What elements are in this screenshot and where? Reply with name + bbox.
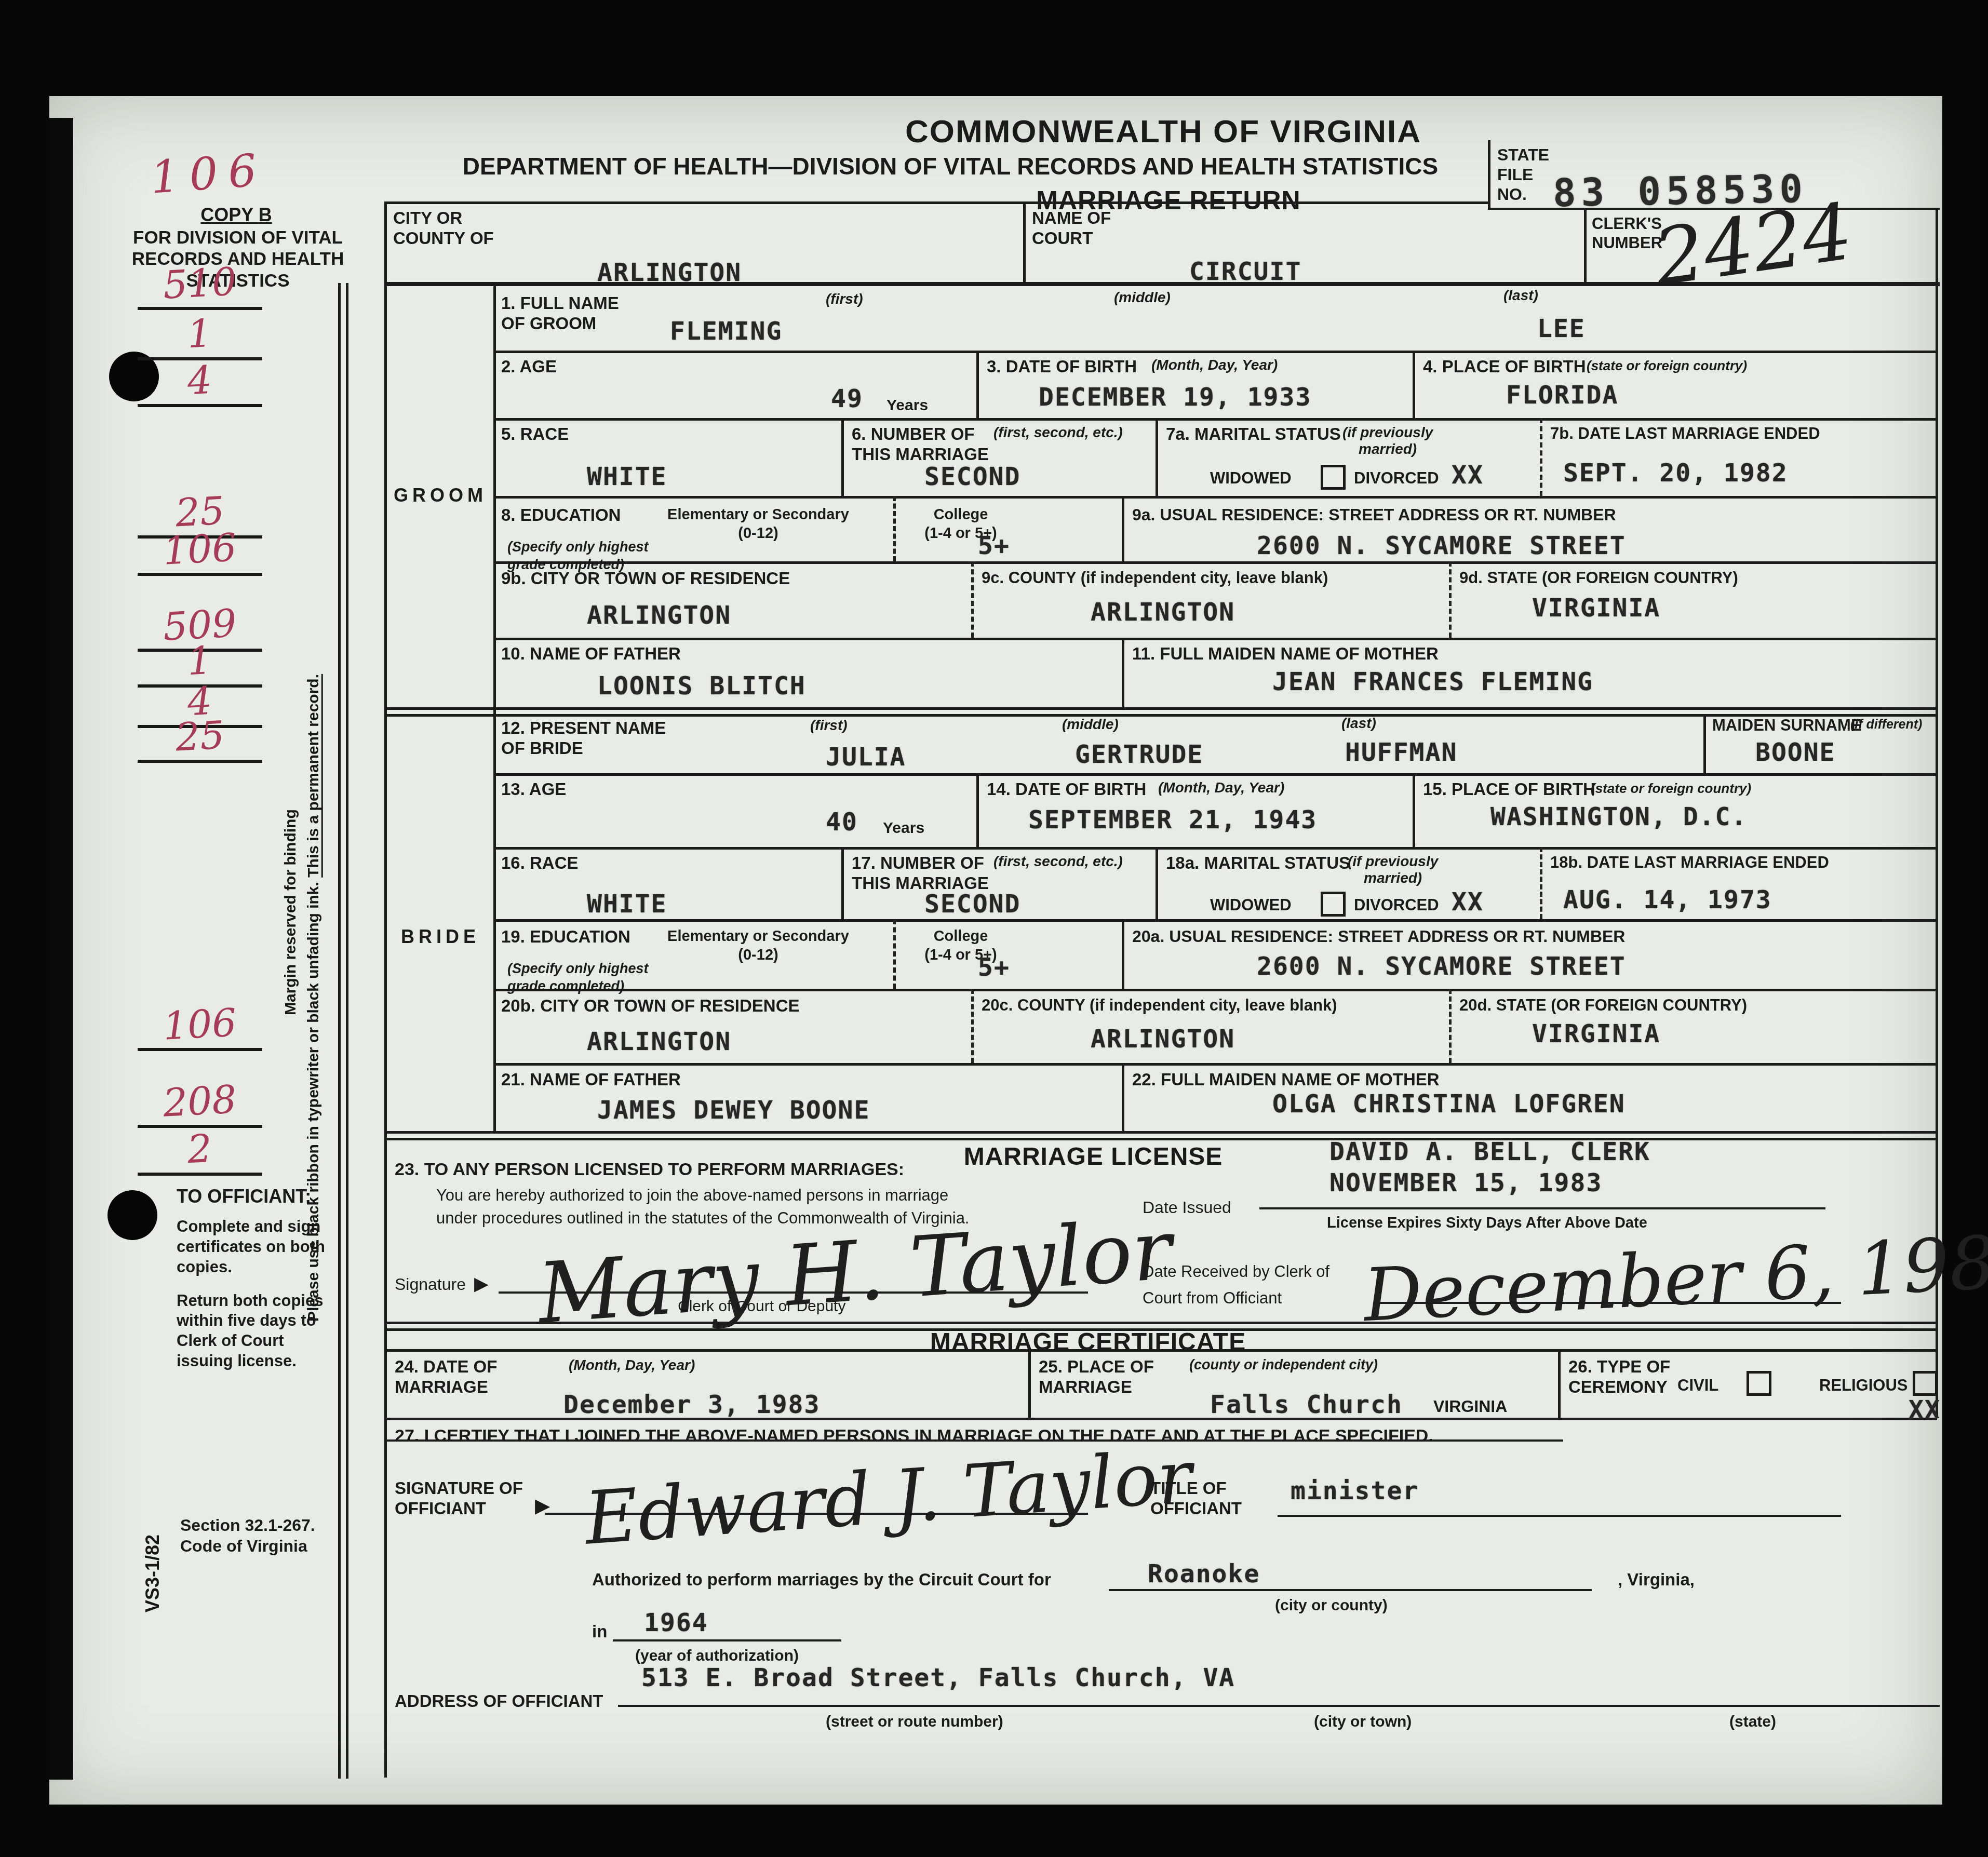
bride-education-value: 5+ (978, 953, 1010, 982)
officiant-signature-label: SIGNATURE OF OFFICIANT (395, 1478, 523, 1519)
groom-marital-status-hint: (if previously married) (1342, 424, 1433, 457)
bride-education-label: 19. EDUCATION (501, 927, 630, 947)
bride-age-value: 40 (826, 808, 858, 837)
years-label: Years (883, 819, 924, 837)
bride-maiden-name: BOONE (1755, 738, 1836, 767)
bride-marriage-number-label: 17. NUMBER OF THIS MARRIAGE (852, 853, 989, 894)
rule (1023, 201, 1026, 282)
state-hint: (state) (1729, 1712, 1776, 1732)
rule (1122, 1063, 1124, 1131)
date-received-label: Date Received by Clerk of Court from Off… (1143, 1258, 1329, 1311)
civil-label: CIVIL (1677, 1376, 1718, 1395)
bride-name-label: 12. PRESENT NAME OF BRIDE (501, 718, 666, 759)
first-hint: (first) (826, 291, 863, 307)
religious-label: RELIGIOUS (1819, 1376, 1908, 1395)
groom-residence-county-label: 9c. COUNTY (if independent city, leave b… (982, 569, 1328, 588)
rule (613, 1639, 841, 1641)
date-received-value: December 6, 1983 (1362, 1218, 1988, 1338)
bride-marital-status-label: 18a. MARITAL STATUS (1166, 853, 1350, 873)
rule (618, 1705, 1940, 1707)
rule (1259, 1207, 1825, 1209)
groom-marital-status-label: 7a. MARITAL STATUS (1166, 424, 1341, 445)
groom-pob-label: 4. PLACE OF BIRTH (1423, 357, 1586, 377)
groom-residence-state-label: 9d. STATE (OR FOREIGN COUNTRY) (1459, 569, 1738, 588)
rule (1413, 351, 1415, 418)
license-to-any-person: 23. TO ANY PERSON LICENSED TO PERFORM MA… (395, 1159, 904, 1180)
civil-checkbox (1747, 1371, 1771, 1396)
year-hint: (year of authorization) (635, 1646, 799, 1666)
bride-pob-hint: (state or foreign country) (1591, 781, 1751, 797)
bride-last-marriage-ended-label: 18b. DATE LAST MARRIAGE ENDED (1550, 853, 1829, 872)
rule (384, 201, 387, 1778)
city-hint: (city or town) (1314, 1712, 1412, 1732)
rule (493, 561, 1937, 564)
margin-number: 25 (138, 714, 262, 763)
first-hint: (first) (810, 717, 848, 734)
bride-race-label: 16. RACE (501, 853, 579, 873)
middle-hint: (middle) (1114, 289, 1171, 306)
margin-number: 106 (138, 1002, 262, 1051)
cert-date-value: December 3, 1983 (563, 1390, 820, 1419)
bride-dob-label: 14. DATE OF BIRTH (987, 779, 1146, 800)
rule (893, 496, 896, 561)
rule (338, 283, 341, 1779)
signature-label: Signature (395, 1275, 466, 1295)
groom-father-label: 10. NAME OF FATHER (501, 644, 681, 664)
rule (1379, 1302, 1841, 1304)
clerk-of-court-label: Clerk of Court or Deputy (678, 1297, 845, 1316)
rule (493, 496, 1937, 499)
widowed-checkbox (1321, 892, 1346, 917)
rule (1122, 638, 1124, 707)
punch-hole-bottom (108, 1190, 157, 1240)
rule (1109, 1589, 1592, 1591)
city-county-hint: (city or county) (1275, 1596, 1388, 1616)
margin-number: 510 (138, 261, 262, 310)
bride-residence-state-label: 20d. STATE (OR FOREIGN COUNTRY) (1459, 996, 1747, 1015)
bride-section-label: BRIDE (391, 926, 490, 948)
groom-dob-hint: (Month, Day, Year) (1151, 357, 1278, 373)
rule (493, 847, 1937, 850)
rule (493, 919, 1937, 922)
bride-residence-city-value: ARLINGTON (587, 1027, 731, 1056)
rule (971, 561, 974, 638)
groom-residence-city-label: 9b. CITY OR TOWN OF RESIDENCE (501, 569, 790, 589)
officiant-title-value: minister (1291, 1476, 1419, 1505)
rule (499, 1291, 1088, 1294)
last-hint: (last) (1341, 715, 1376, 732)
groom-residence-value: 2600 N. SYCAMORE STREET (1257, 531, 1626, 560)
authorized-place-value: Roanoke (1148, 1559, 1260, 1589)
marriage-return-document: 106 COPY B FOR DIVISION OF VITAL RECORDS… (49, 96, 1942, 1805)
bride-last-marriage-ended-value: AUG. 14, 1973 (1563, 885, 1772, 914)
rule (1584, 208, 1587, 282)
rule (346, 283, 348, 1779)
bride-residence-value: 2600 N. SYCAMORE STREET (1257, 952, 1626, 981)
middle-hint: (middle) (1062, 716, 1119, 733)
year-of-authorization-value: 1964 (644, 1608, 708, 1637)
bride-age-label: 13. AGE (501, 779, 566, 800)
groom-last-marriage-ended-label: 7b. DATE LAST MARRIAGE ENDED (1550, 424, 1820, 443)
authorized-text: Authorized to perform marriages by the C… (592, 1570, 1051, 1590)
rule (1449, 561, 1452, 638)
margin-number: 208 (138, 1079, 262, 1128)
rule (493, 989, 1937, 991)
margin-number: 4 (138, 358, 262, 407)
form-code: VS3-1/82 (142, 1498, 164, 1612)
groom-first-name: FLEMING (670, 317, 782, 346)
rule (384, 201, 1488, 204)
bride-first-name: JULIA (826, 743, 906, 772)
groom-last-marriage-ended-value: SEPT. 20, 1982 (1563, 459, 1788, 488)
margin-number: 106 (138, 527, 262, 576)
cert-ceremony-label: 26. TYPE OF CEREMONY (1568, 1357, 1670, 1397)
groom-marriage-number-label: 6. NUMBER OF THIS MARRIAGE (852, 424, 989, 465)
groom-residence-city-value: ARLINGTON (587, 601, 731, 630)
last-hint: (last) (1503, 287, 1538, 304)
bride-father-label: 21. NAME OF FATHER (501, 1070, 681, 1090)
groom-race-value: WHITE (587, 462, 667, 491)
groom-divorced-mark: XX (1452, 461, 1484, 490)
groom-marriage-number-value: SECOND (924, 462, 1020, 491)
groom-age-label: 2. AGE (501, 357, 557, 377)
bride-pob-value: WASHINGTON, D.C. (1490, 802, 1747, 831)
binding-note-permanent: This is a permanent record. (305, 674, 322, 878)
education-note: (Specify only highest grade completed) (507, 960, 649, 995)
binding-note-ink-text: Please use black ribbon in typewriter or… (305, 878, 322, 1322)
rule (1703, 714, 1706, 773)
widowed-checkbox (1321, 465, 1346, 490)
groom-education-value: 5+ (978, 531, 1010, 560)
groom-residence-label: 9a. USUAL RESIDENCE: STREET ADDRESS OR R… (1132, 505, 1616, 525)
bride-race-value: WHITE (587, 890, 667, 919)
city-county-label: CITY OR COUNTY OF (393, 208, 494, 249)
cert-place-hint: (county or independent city) (1189, 1357, 1378, 1373)
bride-divorced-mark: XX (1452, 887, 1484, 917)
cert-certify-text: 27. I CERTIFY THAT I JOINED THE ABOVE-NA… (395, 1425, 1433, 1446)
department-title: DEPARTMENT OF HEALTH—DIVISION OF VITAL R… (415, 152, 1485, 180)
groom-marriage-number-hint: (first, second, etc.) (993, 424, 1123, 441)
binding-note-margin: Margin reserved for binding (282, 631, 300, 1015)
bride-residence-state-value: VIRGINIA (1532, 1019, 1660, 1048)
groom-race-label: 5. RACE (501, 424, 569, 445)
religious-checkbox (1913, 1371, 1938, 1396)
rule (1558, 1349, 1561, 1418)
groom-section-label: GROOM (391, 485, 490, 506)
rule (1413, 773, 1415, 847)
officiant-title-label: TITLE OF OFFICIANT (1150, 1478, 1242, 1519)
bride-father-value: JAMES DEWEY BOONE (597, 1096, 870, 1125)
cert-place-state: VIRGINIA (1433, 1397, 1507, 1417)
copy-label: COPY B (179, 204, 293, 226)
groom-age-value: 49 (831, 384, 863, 413)
bride-pob-label: 15. PLACE OF BIRTH (1423, 779, 1595, 800)
groom-pob-hint: (state or foreign country) (1587, 358, 1747, 374)
groom-dob-value: DECEMBER 19, 1933 (1039, 383, 1311, 412)
marriage-license-heading: MARRIAGE LICENSE (859, 1142, 1327, 1172)
rule (1028, 1349, 1031, 1418)
divorced-label: DIVORCED (1354, 896, 1439, 915)
street-hint: (street or route number) (826, 1712, 1003, 1732)
virginia-text: , Virginia, (1618, 1570, 1695, 1590)
rule (976, 351, 979, 418)
bride-residence-label: 20a. USUAL RESIDENCE: STREET ADDRESS OR … (1132, 927, 1625, 947)
groom-father-value: LOONIS BLITCH (597, 671, 806, 701)
officiant-address-label: ADDRESS OF OFFICIANT (395, 1691, 603, 1712)
rule (976, 773, 979, 847)
license-expires-note: License Expires Sixty Days After Above D… (1327, 1214, 1647, 1232)
religious-mark: XX (1909, 1395, 1941, 1424)
bride-marriage-number-value: SECOND (924, 890, 1020, 919)
screenshot: { "colors": {"paper":"#e8ebe6","ink":"#1… (0, 0, 1988, 1857)
rule (1122, 496, 1124, 561)
rule (493, 351, 1937, 353)
margin-number: 1 (138, 312, 262, 360)
margin-number: 2 (138, 1127, 262, 1176)
form-title: MARRIAGE RETURN (753, 185, 1584, 216)
license-date-issued-value: NOVEMBER 15, 1983 (1329, 1168, 1602, 1197)
binding-edge (49, 118, 73, 1780)
rule (1122, 919, 1124, 989)
cert-place-label: 25. PLACE OF MARRIAGE (1039, 1357, 1154, 1397)
code-reference: Section 32.1-267. Code of Virginia (180, 1515, 315, 1556)
cert-date-hint: (Month, Day, Year) (569, 1357, 695, 1374)
groom-residence-state-value: VIRGINIA (1532, 594, 1660, 623)
rule (493, 282, 496, 1131)
bride-dob-value: SEPTEMBER 21, 1943 (1028, 805, 1317, 835)
in-label: in (592, 1622, 607, 1642)
section-divider (384, 1131, 1937, 1140)
page-title: COMMONWEALTH OF VIRGINIA (748, 113, 1579, 151)
groom-pob-value: FLORIDA (1506, 381, 1618, 410)
rule (971, 989, 974, 1063)
bride-mother-value: OLGA CHRISTINA LOFGREN (1272, 1089, 1626, 1119)
rule (493, 418, 1937, 421)
elementary-secondary-label: Elementary or Secondary (0-12) (647, 927, 870, 965)
bride-mother-label: 22. FULL MAIDEN NAME OF MOTHER (1132, 1070, 1440, 1090)
bride-residence-county-value: ARLINGTON (1091, 1025, 1235, 1054)
maiden-surname-hint: (if different) (1850, 717, 1922, 732)
widowed-label: WIDOWED (1210, 469, 1292, 488)
state-file-label: STATE FILE NO. (1497, 145, 1549, 204)
bride-residence-city-label: 20b. CITY OR TOWN OF RESIDENCE (501, 996, 800, 1016)
rule (493, 638, 1937, 640)
rule (493, 773, 1937, 776)
rule (893, 919, 896, 989)
arrow-icon: ▶ (474, 1273, 489, 1295)
elementary-secondary-label: Elementary or Secondary (0-12) (647, 505, 870, 543)
years-label: Years (886, 396, 928, 414)
rule (1488, 140, 1490, 208)
groom-mother-label: 11. FULL MAIDEN NAME OF MOTHER (1132, 644, 1439, 664)
cert-date-label: 24. DATE OF MARRIAGE (395, 1357, 497, 1397)
rule (1156, 847, 1158, 919)
widowed-label: WIDOWED (1210, 896, 1292, 915)
officiant-signature-value: Edward J. Taylor (582, 1434, 1195, 1561)
margin-number-top: 106 (149, 144, 269, 204)
court-name-label: NAME OF COURT (1032, 208, 1111, 249)
officiant-address-value: 513 E. Broad Street, Falls Church, VA (641, 1663, 1235, 1692)
groom-mother-value: JEAN FRANCES FLEMING (1272, 667, 1593, 696)
bride-dob-hint: (Month, Day, Year) (1158, 779, 1284, 796)
marriage-certificate-heading: MARRIAGE CERTIFICATE (906, 1328, 1270, 1357)
bride-middle-name: GERTRUDE (1075, 740, 1203, 769)
groom-last-name: LEE (1537, 314, 1586, 343)
rule (1156, 418, 1158, 496)
binding-note-ink: Please use black ribbon in typewriter or… (305, 501, 323, 1322)
groom-fullname-label: 1. FULL NAME OF GROOM (501, 293, 619, 334)
bride-residence-county-label: 20c. COUNTY (if independent city, leave … (982, 996, 1337, 1015)
license-clerk-name: DAVID A. BELL, CLERK (1329, 1137, 1650, 1166)
maiden-surname-label: MAIDEN SURNAME (1712, 716, 1862, 735)
rule (493, 1063, 1937, 1066)
rule (841, 847, 844, 919)
groom-education-label: 8. EDUCATION (501, 505, 621, 526)
rule (1540, 847, 1542, 919)
bride-marital-status-hint: (if previously married) (1348, 853, 1438, 886)
bride-marriage-number-hint: (first, second, etc.) (993, 853, 1123, 870)
rule (1449, 989, 1452, 1063)
bride-last-name: HUFFMAN (1345, 738, 1457, 767)
rule (841, 418, 844, 496)
rule (1540, 418, 1542, 496)
divorced-label: DIVORCED (1354, 469, 1439, 488)
rule (1278, 1515, 1841, 1517)
rule (545, 1513, 1088, 1515)
rule (384, 282, 1940, 286)
groom-dob-label: 3. DATE OF BIRTH (987, 357, 1137, 377)
groom-residence-county-value: ARLINGTON (1091, 598, 1235, 627)
cert-place-value: Falls Church (1210, 1390, 1403, 1419)
license-auth-line1: You are hereby authorized to join the ab… (436, 1186, 948, 1206)
